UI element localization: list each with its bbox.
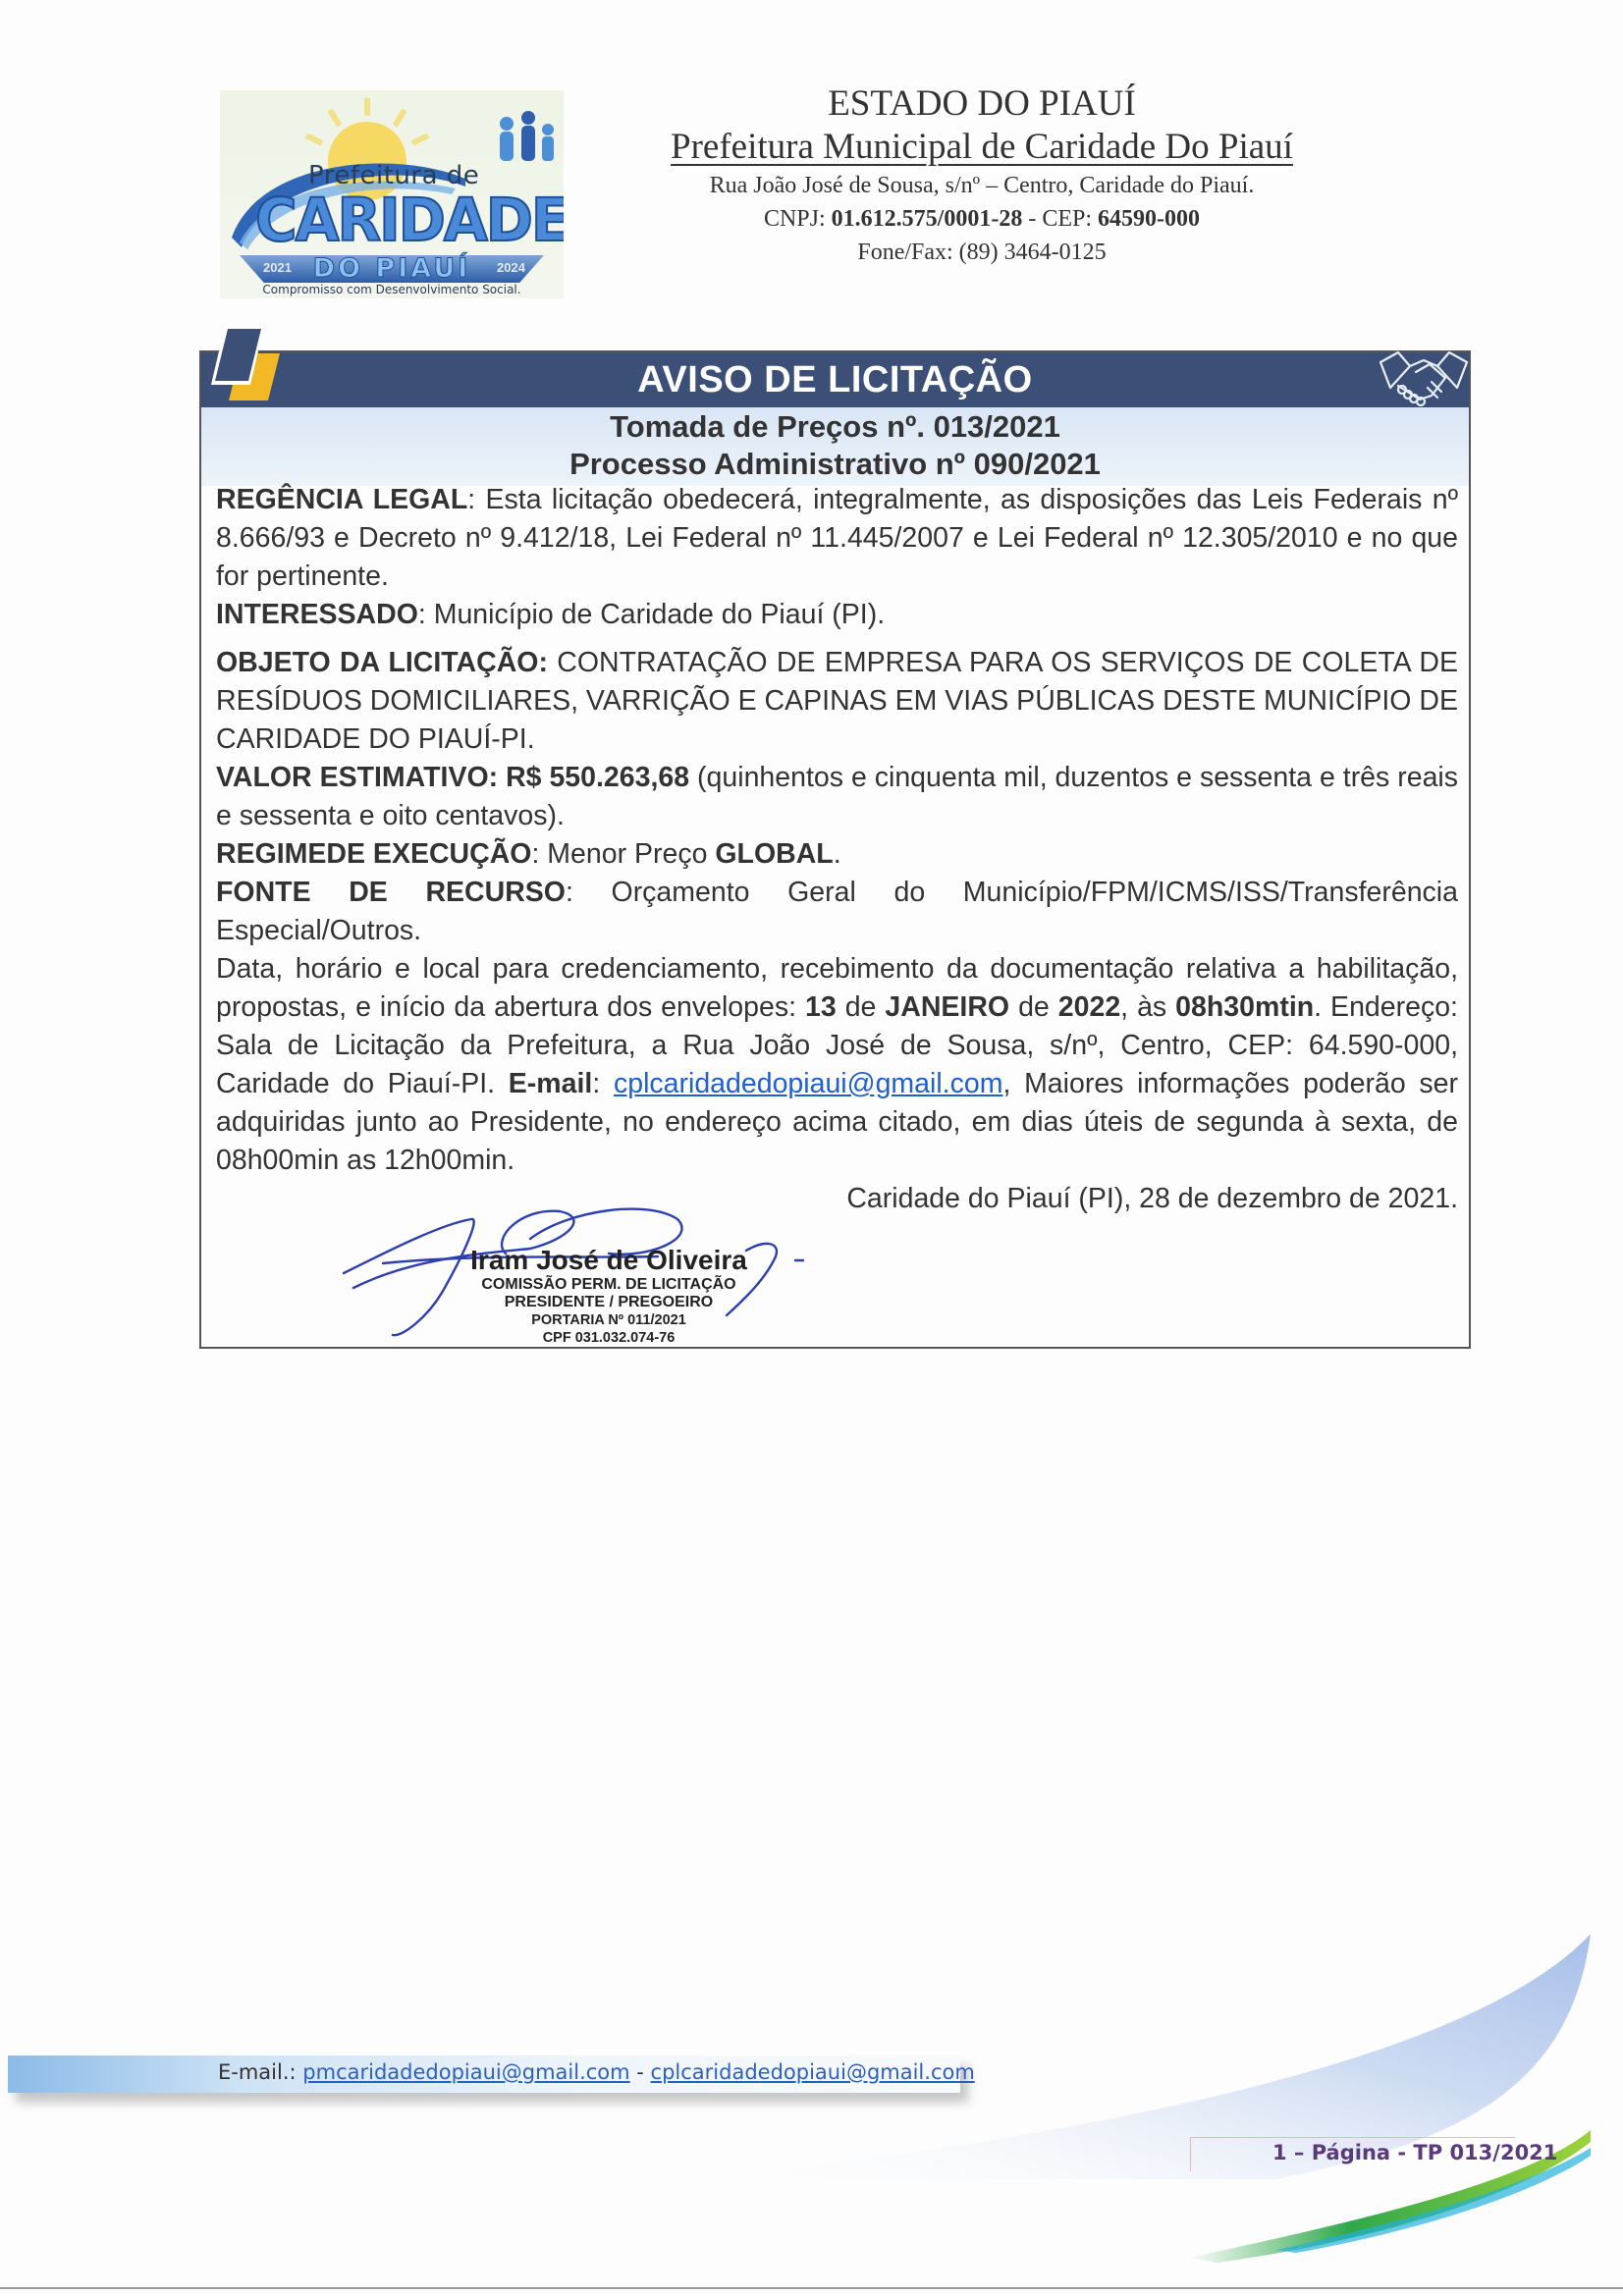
regime-label: REGIMEDE EXECUÇÃO: [216, 838, 531, 870]
bottom-rule: [0, 2287, 1623, 2289]
interessado-text: : Município de Caridade do Piauí (PI).: [418, 599, 885, 630]
schedule-month: JANEIRO: [885, 991, 1009, 1023]
footer-email-label: E-mail.:: [218, 2060, 297, 2084]
cnpj-value: 01.612.575/0001-28: [832, 206, 1023, 232]
signer-block: Iram José de Oliveira COMISSÃO PERM. DE …: [373, 1245, 844, 1347]
email-label: E-mail: [509, 1068, 593, 1099]
signer-role-2: PRESIDENTE / PREGOEIRO: [373, 1294, 844, 1311]
schedule-year: 2022: [1058, 991, 1120, 1023]
letterhead-header: ESTADO DO PIAUÍ Prefeitura Municipal de …: [628, 82, 1335, 269]
notice-title: AVISO DE LICITAÇÃO: [199, 355, 1471, 404]
cpl-email-link[interactable]: cplcaridadedopiaui@gmail.com: [614, 1068, 1002, 1099]
footer-separator: -: [630, 2060, 651, 2084]
schedule-day: 13: [805, 991, 837, 1023]
phone: Fone/Fax: (89) 3464-0125: [628, 236, 1335, 269]
email-colon: :: [592, 1068, 614, 1099]
signer-name: Iram José de Oliveira: [373, 1245, 844, 1276]
cnpj-label: CNPJ:: [764, 206, 826, 232]
footer-email-cpl-link[interactable]: cplcaridadedopiaui@gmail.com: [651, 2060, 975, 2084]
processo-administrativo: Processo Administrativo nº 090/2021: [199, 446, 1471, 483]
cep-value: 64590-000: [1098, 206, 1200, 232]
signer-role-1: COMISSÃO PERM. DE LICITAÇÃO: [373, 1276, 844, 1294]
interessado: INTERESSADO: Município de Caridade do Pi…: [216, 596, 1458, 634]
schedule-as: , às: [1120, 991, 1175, 1023]
cep-label: - CEP:: [1028, 206, 1092, 232]
prefeitura-logo: Prefeitura de CARIDADE 2021 2024 DO PIAU…: [220, 90, 564, 298]
fonte-recurso: FONTE DE RECURSO: Orçamento Geral do Mun…: [216, 874, 1458, 950]
regime-bold: GLOBAL: [715, 838, 833, 870]
prefeitura-name: Prefeitura Municipal de Caridade Do Piau…: [628, 126, 1335, 169]
objeto: OBJETO DA LICITAÇÃO: CONTRATAÇÃO DE EMPR…: [216, 644, 1458, 759]
address: Rua João José de Sousa, s/nº – Centro, C…: [628, 169, 1335, 202]
notice-body: REGÊNCIA LEGAL: Esta licitação obedecerá…: [216, 481, 1458, 1218]
fonte-label: FONTE DE RECURSO: [216, 877, 566, 908]
regime-execucao: REGIMEDE EXECUÇÃO: Menor Preço GLOBAL.: [216, 835, 1458, 874]
valor-amount: R$ 550.263,68: [498, 762, 689, 793]
valor-label: VALOR ESTIMATIVO:: [216, 762, 498, 793]
footer-email: E-mail.: pmcaridadedopiaui@gmail.com - c…: [218, 2060, 975, 2084]
regime-end: .: [834, 838, 841, 870]
interessado-label: INTERESSADO: [216, 599, 418, 630]
schedule-time: 08h30mtin: [1175, 991, 1314, 1023]
logo-slogan: Compromisso com Desenvolvimento Social.: [220, 283, 564, 296]
signer-portaria: PORTARIA Nº 011/2021: [373, 1311, 844, 1329]
valor-estimativo: VALOR ESTIMATIVO: R$ 550.263,68 (quinhen…: [216, 759, 1458, 835]
signer-cpf: CPF 031.032.074-76: [373, 1329, 844, 1347]
schedule-de: de: [837, 991, 886, 1023]
objeto-label: OBJETO DA LICITAÇÃO:: [216, 647, 548, 678]
page-number: 1 – Página - TP 013/2021: [1272, 2141, 1557, 2164]
logo-main-text: CARIDADE: [255, 185, 564, 254]
regime-text: : Menor Preço: [531, 838, 715, 870]
logo-sub-text: DO PIAUÍ: [220, 253, 564, 284]
schedule-de-2: de: [1009, 991, 1058, 1023]
cnpj-cep-line: CNPJ: 01.612.575/0001-28 - CEP: 64590-00…: [628, 202, 1335, 236]
footer-email-pm-link[interactable]: pmcaridadedopiaui@gmail.com: [302, 2060, 629, 2084]
regencia-legal: REGÊNCIA LEGAL: Esta licitação obedecerá…: [216, 481, 1458, 596]
tomada-de-precos: Tomada de Preços nº. 013/2021: [199, 408, 1471, 446]
schedule-paragraph: Data, horário e local para credenciament…: [216, 950, 1458, 1180]
regencia-label: REGÊNCIA LEGAL: [216, 484, 467, 515]
state-name: ESTADO DO PIAUÍ: [628, 82, 1335, 126]
